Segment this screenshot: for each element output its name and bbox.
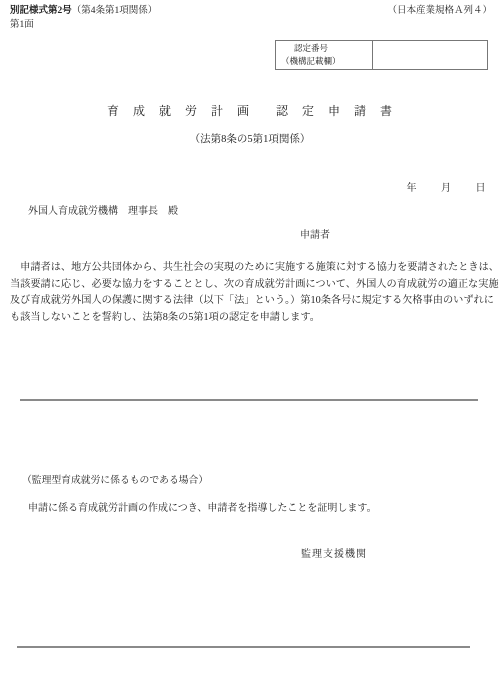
certification-number-box: 認定番号 （機構記載欄） [275,40,488,70]
form-title: 育 成 就 労 計 画 認 定 申 請 書 [0,102,500,119]
divider-rule-top [20,399,478,401]
declaration-line: も該当しないことを誓約し、法第8条の5第1項の認定を申請します。 [10,310,492,327]
certification-number-value-cell[interactable] [373,41,487,69]
declaration-line: 当該要請に応じ、必要な協力をすることとし、次の育成就労計画について、外国人の育成… [10,277,492,294]
form-number-label: 別記様式第2号（第4条第1項関係） [10,5,157,17]
page-face-label: 第1面 [10,19,34,31]
certification-number-label: 認定番号 [276,42,372,55]
form-number-paren: （第4条第1項関係） [72,6,158,16]
application-form-page: 別記様式第2号（第4条第1項関係） （日本産業規格Ａ列４） 第1面 認定番号 （… [0,0,500,698]
form-number-bold: 別記様式第2号 [10,6,72,16]
declaration-line: 申請者は、地方公共団体から、共生社会の実現のために実施する施策に対する協力を要請… [10,260,492,277]
declaration-line: 及び育成就労外国人の保護に関する法律（以下「法」という。）第10条各号に規定する… [10,293,492,310]
supervising-case-note: （監理型育成就労に係るものである場合） [22,472,208,486]
addressee-line: 外国人育成就労機構 理事長 殿 [28,202,178,217]
applicant-label: 申請者 [300,226,330,241]
date-line: 年 月 日 [407,179,488,194]
certification-statement: 申請に係る育成就労計画の作成につき、申請者を指導したことを証明します。 [18,499,377,514]
declaration-paragraph: 申請者は、地方公共団体から、共生社会の実現のために実施する施策に対する協力を要請… [10,260,492,326]
supervising-org-label: 監理支援機関 [301,545,367,560]
certification-number-label-cell: 認定番号 （機構記載欄） [276,41,373,69]
organization-entry-note: （機構記載欄） [276,55,372,68]
form-subtitle: （法第8条の5第1項関係） [0,131,500,146]
jis-paper-size-note: （日本産業規格Ａ列４） [387,5,492,17]
divider-rule-bottom [17,646,470,648]
